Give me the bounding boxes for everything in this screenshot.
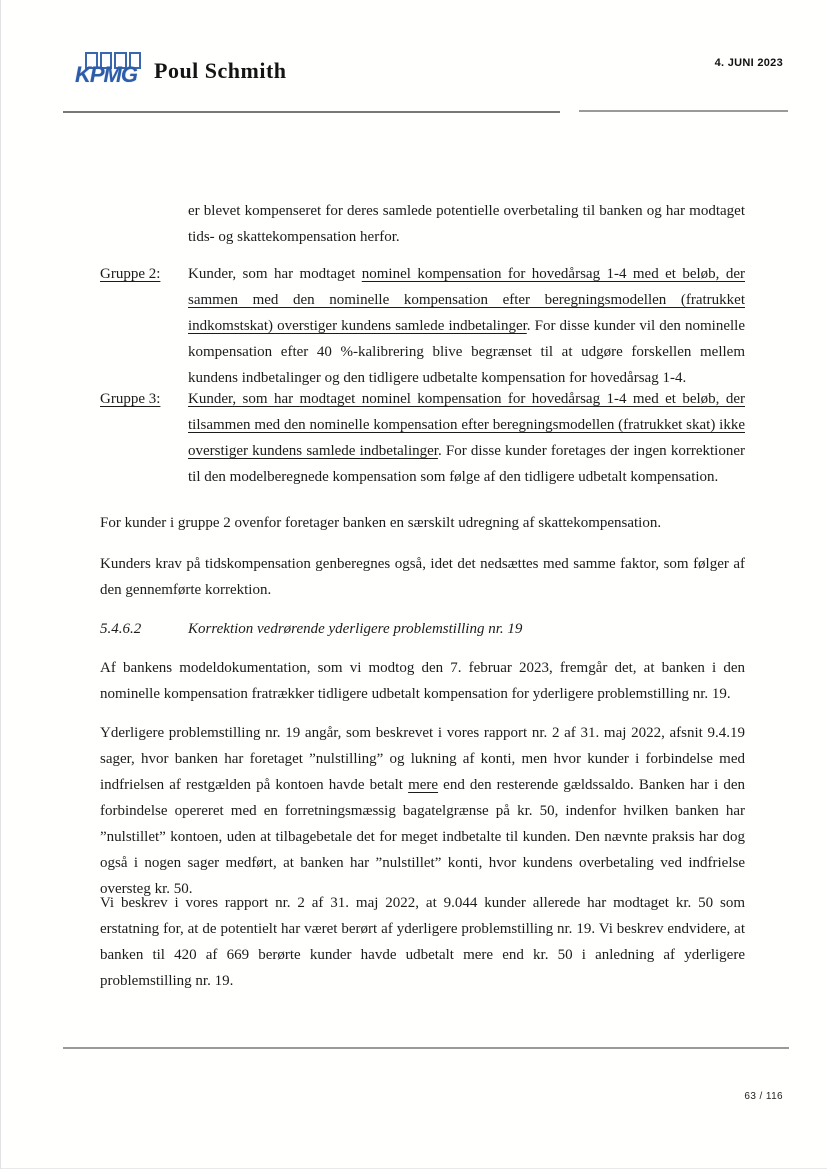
group-3-text: Kunder, som har modtaget nominel kompens… <box>188 386 745 490</box>
group-2-label: Gruppe 2: <box>100 261 160 287</box>
document-date: 4. JUNI 2023 <box>715 57 783 69</box>
group-2-block: Gruppe 2: Kunder, som har modtaget nomin… <box>100 261 745 391</box>
paragraph-group2-tax: For kunder i gruppe 2 ovenfor foretager … <box>100 510 745 536</box>
kpmg-logo: KPMG <box>75 52 141 94</box>
section-heading: 5.4.6.2 Korrektion vedrørende yderligere… <box>100 616 745 642</box>
firm-name: Poul Schmith <box>154 58 287 84</box>
header-rule-left <box>63 111 560 113</box>
section-title: Korrektion vedrørende yderligere problem… <box>188 616 745 642</box>
group-2-text: Kunder, som har modtaget nominel kompens… <box>188 261 745 391</box>
paragraph-report: Vi beskrev i vores rapport nr. 2 af 31. … <box>100 890 745 994</box>
group-3-block: Gruppe 3: Kunder, som har modtaget nomin… <box>100 386 745 490</box>
paragraph-issue19: Yderligere problemstilling nr. 19 angår,… <box>100 720 745 902</box>
header-rule-right <box>579 110 788 112</box>
paragraph-model-doc: Af bankens modeldokumentation, som vi mo… <box>100 655 745 707</box>
kpmg-logo-text: KPMG <box>75 62 137 88</box>
page-number: 63 / 116 <box>744 1091 783 1102</box>
paragraph-intro: er blevet kompenseret for deres samlede … <box>188 198 745 250</box>
document-page: KPMG Poul Schmith 4. JUNI 2023 er blevet… <box>0 0 827 1169</box>
paragraph-time-compensation: Kunders krav på tidskompensation genbere… <box>100 551 745 603</box>
footer-rule <box>63 1047 789 1049</box>
group-3-label: Gruppe 3: <box>100 386 160 412</box>
section-number: 5.4.6.2 <box>100 616 141 642</box>
